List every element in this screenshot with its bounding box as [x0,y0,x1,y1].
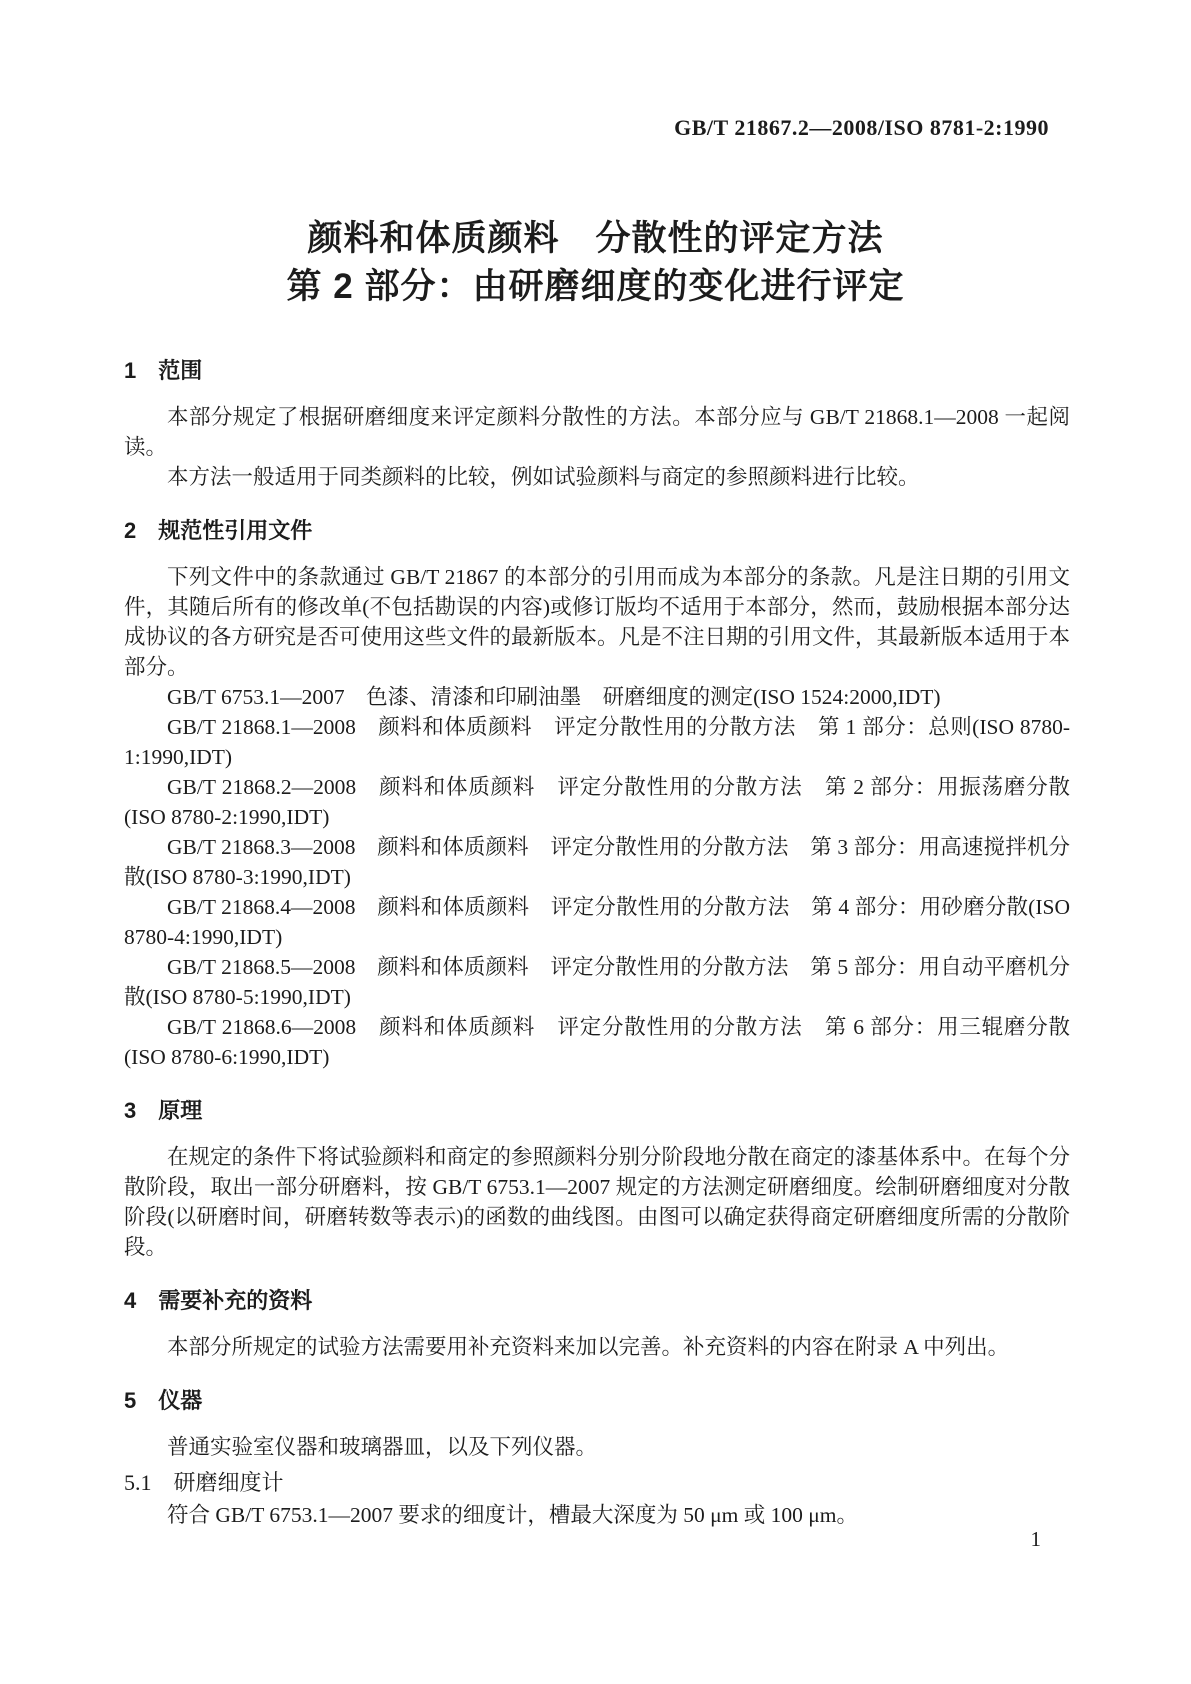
paragraph: 下列文件中的条款通过 GB/T 21867 的本部分的引用而成为本部分的条款。凡… [124,562,1070,682]
paragraph: GB/T 6753.1—2007 色漆、清漆和印刷油墨 研磨细度的测定(ISO … [124,682,1070,712]
paragraph: GB/T 21868.5—2008 颜料和体质颜料 评定分散性用的分散方法 第 … [124,952,1070,1012]
doc-title-line2: 第 2 部分：由研磨细度的变化进行评定 [0,263,1191,311]
section-heading: 2 规范性引用文件 [124,516,1070,546]
paragraph: GB/T 21868.6—2008 颜料和体质颜料 评定分散性用的分散方法 第 … [124,1012,1070,1072]
section-heading: 1 范围 [124,356,1070,386]
paragraph: GB/T 21868.3—2008 颜料和体质颜料 评定分散性用的分散方法 第 … [124,832,1070,892]
paragraph: 本方法一般适用于同类颜料的比较，例如试验颜料与商定的参照颜料进行比较。 [124,462,1070,492]
doc-body: 1 范围本部分规定了根据研磨细度来评定颜料分散性的方法。本部分应与 GB/T 2… [124,350,1070,1530]
doc-title: 颜料和体质颜料 分散性的评定方法 第 2 部分：由研磨细度的变化进行评定 [0,215,1191,311]
section-heading: 5 仪器 [124,1386,1070,1416]
paragraph: 符合 GB/T 6753.1—2007 要求的细度计，槽最大深度为 50 μm … [124,1500,1070,1530]
paragraph: 本部分规定了根据研磨细度来评定颜料分散性的方法。本部分应与 GB/T 21868… [124,402,1070,462]
paragraph: 在规定的条件下将试验颜料和商定的参照颜料分别分阶段地分散在商定的漆基体系中。在每… [124,1142,1070,1262]
paragraph: GB/T 21868.1—2008 颜料和体质颜料 评定分散性用的分散方法 第 … [124,712,1070,772]
doc-title-line1: 颜料和体质颜料 分散性的评定方法 [0,215,1191,263]
doc-standard-code: GB/T 21867.2—2008/ISO 8781-2:1990 [674,114,1049,142]
section-heading: 4 需要补充的资料 [124,1286,1070,1316]
paragraph: GB/T 21868.2—2008 颜料和体质颜料 评定分散性用的分散方法 第 … [124,772,1070,832]
paragraph: 本部分所规定的试验方法需要用补充资料来加以完善。补充资料的内容在附录 A 中列出… [124,1332,1070,1362]
subsection-heading: 5.1 研磨细度计 [124,1468,1070,1498]
paragraph: 普通实验室仪器和玻璃器皿，以及下列仪器。 [124,1432,1070,1462]
paragraph: GB/T 21868.4—2008 颜料和体质颜料 评定分散性用的分散方法 第 … [124,892,1070,952]
section-heading: 3 原理 [124,1096,1070,1126]
page-number: 1 [1031,1524,1042,1554]
document-page: GB/T 21867.2—2008/ISO 8781-2:1990 颜料和体质颜… [0,0,1191,1684]
